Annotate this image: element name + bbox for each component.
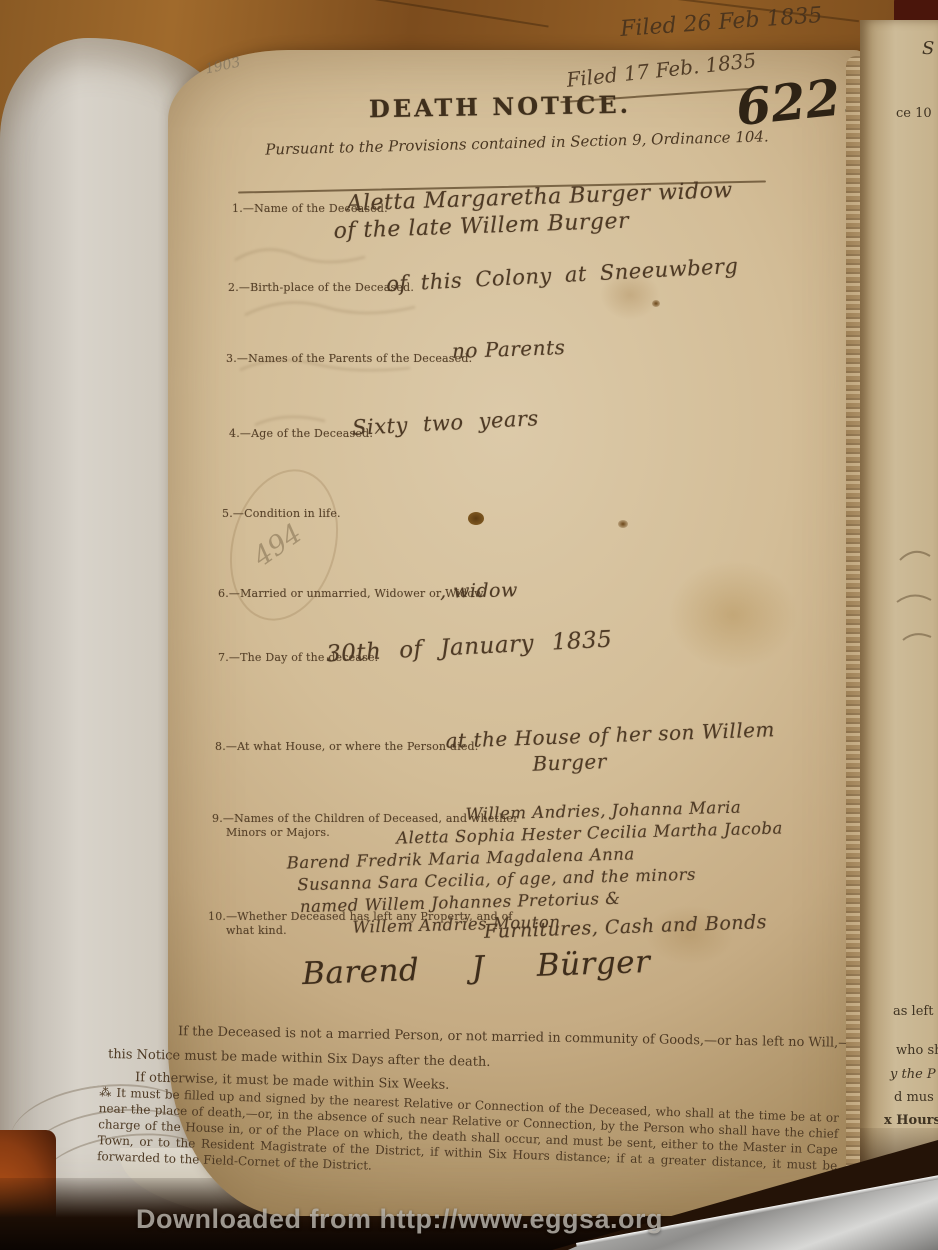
next-page-fragment: as left — [893, 1004, 933, 1019]
asterism-marker: ⁂ — [99, 1085, 112, 1099]
item-10-label: 10.—Whether Deceased has left any Proper… — [208, 910, 513, 938]
fox-spot — [652, 300, 660, 307]
next-page-handwriting-fragment — [895, 540, 938, 660]
item-5-label: 5.—Condition in life. — [222, 507, 341, 520]
water-stain — [668, 560, 798, 670]
next-page-fragment: y the P — [890, 1067, 936, 1082]
ink-stain — [468, 512, 484, 525]
next-page-fragment: d mus — [894, 1090, 934, 1105]
wood-grain-line — [301, 0, 548, 28]
item-3-answer: no Parents — [452, 335, 566, 363]
item-3-label: 3.—Names of the Parents of the Deceased. — [226, 352, 472, 365]
next-page-fragment: x Hours — [884, 1113, 938, 1128]
next-page-fragment: ce 10 — [896, 106, 932, 121]
fox-spot — [618, 520, 628, 528]
item-6-answer: , widow — [440, 579, 518, 602]
form-title: DEATH NOTICE. — [350, 89, 650, 123]
filed-note-top: Filed 26 Feb 1835 — [619, 3, 823, 42]
photographed-document: 494 Filed 26 Feb 1835 Filed 17 Feb. 1835… — [0, 0, 938, 1250]
next-page-fragment: S — [922, 38, 934, 59]
watermark: Downloaded from http://www.eggsa.org — [136, 1204, 663, 1235]
next-page-fragment: who sh — [896, 1043, 938, 1058]
item-8-label: 8.—At what House, or where the Person di… — [215, 740, 478, 753]
